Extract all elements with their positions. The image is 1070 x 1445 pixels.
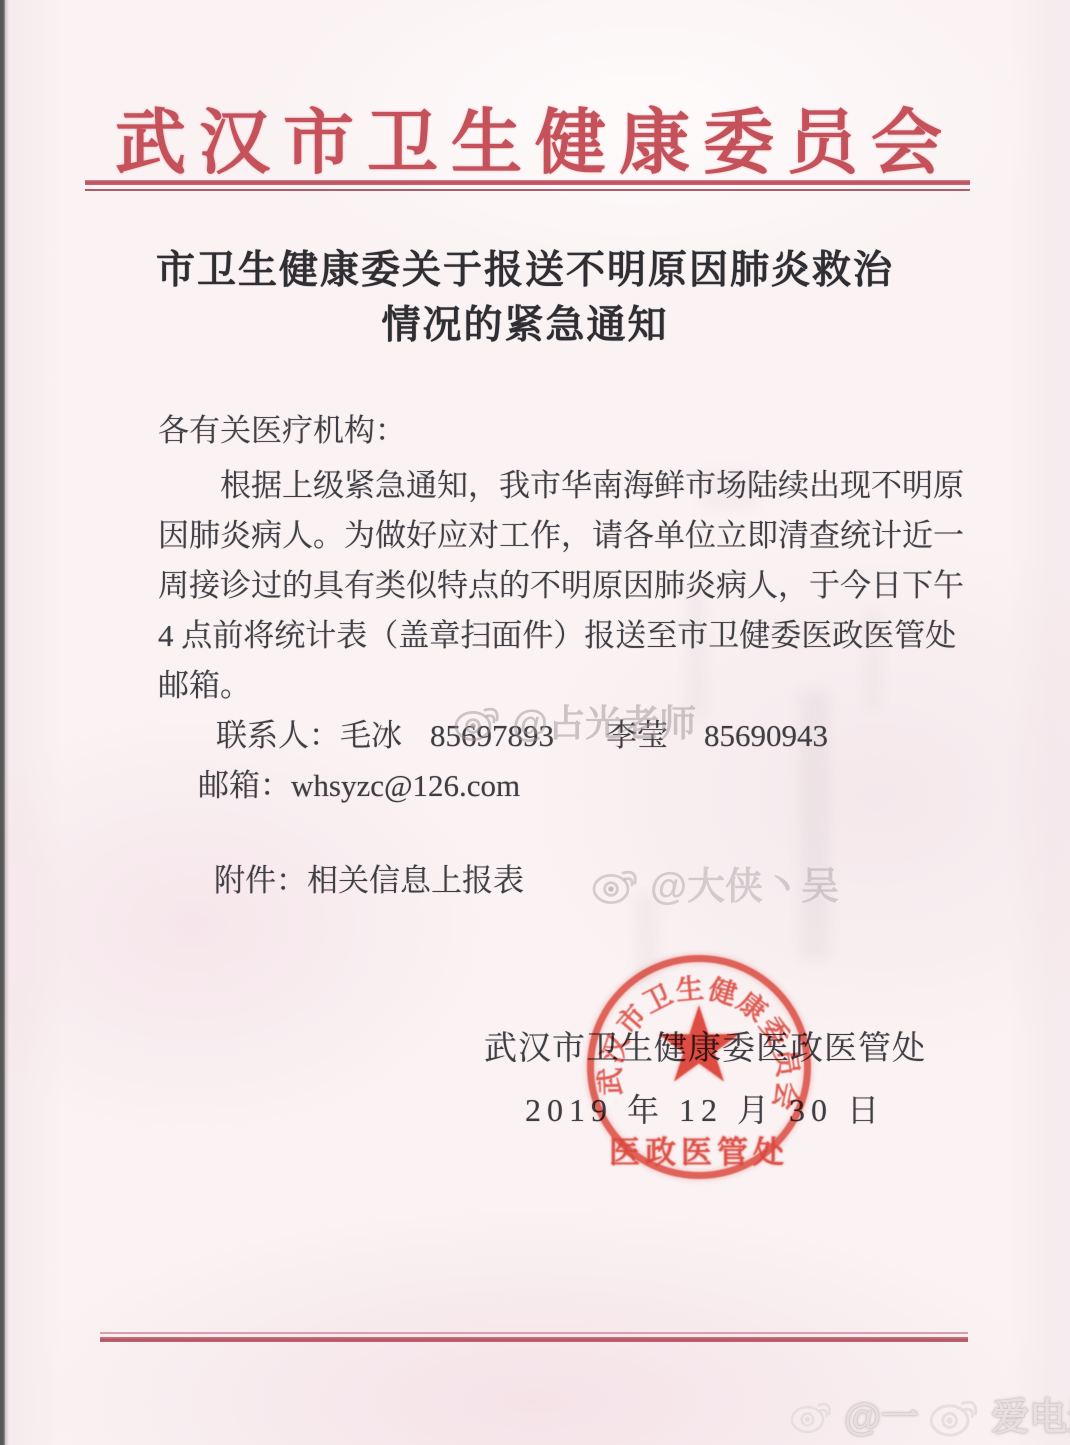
weibo-logo-icon: [590, 860, 642, 906]
watermark-3-text: 爱电影的达: [991, 1386, 1070, 1441]
contact-person1-name: 毛冰: [340, 718, 402, 753]
email-line: 邮箱：whsyzc@126.com: [158, 761, 912, 811]
attachment-name: 相关信息上报表: [307, 863, 524, 898]
attachment-label: 附件：: [214, 863, 307, 898]
document-body: 各有关医疗机构： 根据上级紧急通知，我市华南海鲜市场陆续出现不明原 因肺炎病人。…: [158, 406, 912, 906]
weibo-logo-icon: [788, 1393, 836, 1435]
email-address: whsyzc@126.com: [291, 768, 520, 803]
letterhead-divider: [85, 180, 970, 191]
watermark-1: @占光老师: [452, 693, 696, 747]
scan-left-edge-shadow: [5, 0, 9, 1445]
paragraph-line: 因肺炎病人。为做好应对工作，请各单位立即清查统计近一: [158, 511, 912, 561]
document-title: 市卫生健康委关于报送不明原因肺炎救治 情况的紧急通知: [0, 243, 1050, 353]
watermark-3: @一 爱电影的达: [788, 1386, 1070, 1441]
official-seal: 武汉市卫生健康委员会 ★ 医政医管处: [583, 951, 815, 1183]
salutation: 各有关医疗机构：: [158, 406, 912, 456]
seal-star-icon: ★: [583, 993, 815, 1098]
document-title-line2: 情况的紧急通知: [0, 298, 1050, 353]
paragraph-line: 4 点前将统计表（盖章扫面件）报送至市卫健委医政医管处: [158, 611, 912, 661]
contact-label: 联系人：: [216, 718, 340, 753]
weibo-logo-icon: [927, 1389, 983, 1439]
footer-divider: [100, 1332, 968, 1342]
contact-person2-phone: 85690943: [704, 718, 828, 753]
watermark-3-prefix: @一: [844, 1386, 919, 1441]
paragraph-line: 周接诊过的具有类似特点的不明原因肺炎病人，于今日下午: [158, 561, 912, 611]
weibo-logo-icon: [452, 697, 504, 743]
watermark-1-text: @占光老师: [512, 693, 696, 747]
letterhead-divider-thin-line: [85, 189, 970, 191]
paragraph-line: 根据上级紧急通知，我市华南海鲜市场陆续出现不明原: [158, 461, 912, 511]
watermark-2: @大侠丶吴: [590, 855, 839, 910]
email-label: 邮箱：: [198, 768, 291, 803]
footer-divider-thick-line: [100, 1337, 968, 1342]
seal-bottom-text: 医政医管处: [583, 1127, 815, 1172]
letterhead-org-name: 武汉市卫生健康委员会: [0, 86, 1070, 188]
document-title-line1: 市卫生健康委关于报送不明原因肺炎救治: [0, 243, 1050, 298]
watermark-2-text: @大侠丶吴: [650, 855, 839, 910]
